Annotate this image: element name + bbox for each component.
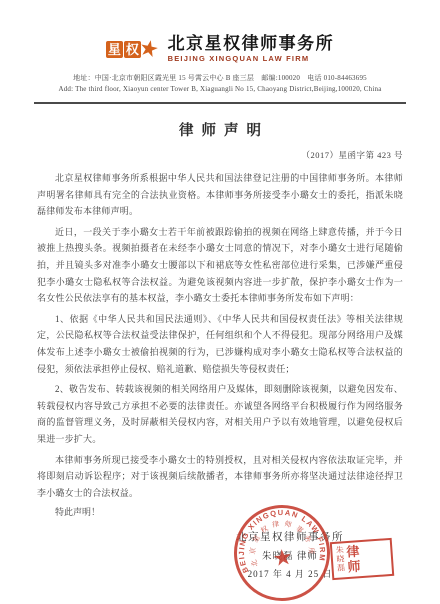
statement-paragraph: 1、依据《中华人民共和国民法通则》、《中华人民共和国侵权责任法》等相关法律规定，…	[37, 311, 403, 377]
statement-title: 律师声明	[37, 119, 403, 140]
statement-paragraph: 北京星权律师事务所系根据中华人民共和国法律登记注册的中国律师事务所。本律师声明署…	[37, 170, 403, 220]
letterhead: 星 权 ★ 北京星权律师事务所 BEIJING XINGQUAN LAW FIR…	[0, 0, 440, 104]
seal-star-icon: ★	[271, 545, 294, 573]
logo-char-block: 星	[106, 41, 123, 58]
firm-logo-row: 星 权 ★ 北京星权律师事务所 BEIJING XINGQUAN LAW FIR…	[0, 34, 440, 64]
statement-doc-number: （2017）星函字第 423 号	[37, 149, 403, 161]
document-page: 星 权 ★ 北京星权律师事务所 BEIJING XINGQUAN LAW FIR…	[0, 0, 440, 604]
firm-names: 北京星权律师事务所 BEIJING XINGQUAN LAW FIRM	[168, 34, 335, 64]
statement: 律师声明 （2017）星函字第 423 号 北京星权律师事务所系根据中华人民共和…	[0, 119, 440, 518]
firm-address-cn: 地址：中国·北京市朝阳区霞光里 15 号霄云中心 B 座三层 邮编:100020…	[0, 73, 440, 84]
lawyer-name-seal: 朱晓磊 律师	[330, 538, 394, 580]
firm-logo: 星 权 ★	[106, 41, 159, 58]
logo-star-icon: ★	[137, 39, 160, 60]
firm-name-cn: 北京星权律师事务所	[168, 34, 335, 54]
statement-paragraph: 本律师事务所现已接受李小璐女士的特别授权，且对相关侵权内容依法取证完毕，并将即刻…	[37, 452, 403, 502]
round-firm-seal: BEIJING XINGQUAN LAW FIRM 北京星权律师事务所 ★	[226, 497, 339, 604]
firm-address-en: Add: The third floor, Xiaoyun center Tow…	[0, 84, 440, 95]
firm-address: 地址：中国·北京市朝阳区霞光里 15 号霄云中心 B 座三层 邮编:100020…	[0, 73, 440, 95]
statement-paragraph: 2、敬告发布、转载该视频的相关网络用户及媒体，即刻删除该视频，以避免因发布、转载…	[37, 381, 403, 447]
letterhead-divider	[34, 102, 406, 104]
statement-paragraph: 近日，一段关于李小璐女士若干年前被跟踪偷拍的视频在网络上肆意传播，并于今日被推上…	[37, 224, 403, 307]
statement-body: 北京星权律师事务所系根据中华人民共和国法律登记注册的中国律师事务所。本律师声明署…	[37, 170, 403, 518]
statement-closing: 特此声明！	[37, 505, 403, 518]
firm-name-en: BEIJING XINGQUAN LAW FIRM	[168, 54, 335, 64]
lawyer-seal-title: 律师	[345, 544, 360, 575]
